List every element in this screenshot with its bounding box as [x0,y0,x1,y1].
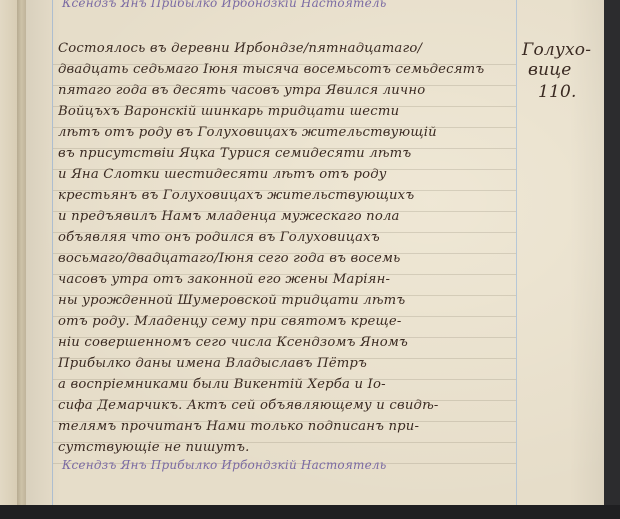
body-line: телямъ прочитанъ Нами только подписанъ п… [58,418,516,436]
body-line: ны урожденной Шумеровской тридцати лѣтъ [58,292,516,310]
body-line: крестьянъ въ Голуховицахъ жительствующих… [58,187,516,205]
document-scan: Ксендзъ Янъ Прибылко Ирбондзкій Настояте… [0,0,620,519]
book-binding-gutter [17,0,26,505]
body-line: Прибылко даны имена Владыславъ Пётръ [58,355,516,373]
scan-background-right [604,0,620,519]
body-line: восьмаго/двадцатаго/Іюня сего года въ во… [58,250,516,268]
right-margin-rule [516,0,517,505]
body-line: пятаго года въ десять часовъ утра Явился… [58,82,516,100]
body-line: Войцъхъ Варонскій шинкарь тридцати шести [58,103,516,121]
priest-signature: Ксендзъ Янъ Прибылко Ирбондзкій Настояте… [62,458,386,472]
body-line: сифа Демарчикъ. Актъ сей объявляющему и … [58,397,516,415]
previous-entry-signature: Ксендзъ Янъ Прибылко Ирбондзкій Настояте… [62,0,386,10]
body-line: а воспріемниками были Викентiй Херба и І… [58,376,516,394]
body-line: двадцать седьмаго Іюня тысяча восемьсотъ… [58,61,516,79]
body-line: объявляя что онъ родился въ Голуховицахъ [58,229,516,247]
body-line: и Яна Слотки шестидесяти лѣтъ отъ роду [58,166,516,184]
margin-place-name-line2: вице [528,60,572,80]
body-line: сутствующіе не пишутъ. [58,439,516,457]
body-line: и предъявилъ Намъ младенца мужескаго пол… [58,208,516,226]
record-number: 110. [538,82,577,102]
body-line: лѣтъ отъ роду въ Голуховицахъ жительству… [58,124,516,142]
facing-page-edge [0,0,17,505]
body-line: Состоялось въ деревни Ирбондзе/пятнадцат… [58,40,516,58]
margin-place-name-line1: Голухо- [522,40,591,60]
scan-background-bottom [0,505,620,519]
body-line: ніи совершенномъ сего числа Ксендзомъ Ян… [58,334,516,352]
body-line: въ присутствіи Яцка Турися семидесяти лѣ… [58,145,516,163]
body-line: часовъ утра отъ законной его жены Маріян… [58,271,516,289]
body-line: отъ роду. Младенцу сему при святомъ крещ… [58,313,516,331]
